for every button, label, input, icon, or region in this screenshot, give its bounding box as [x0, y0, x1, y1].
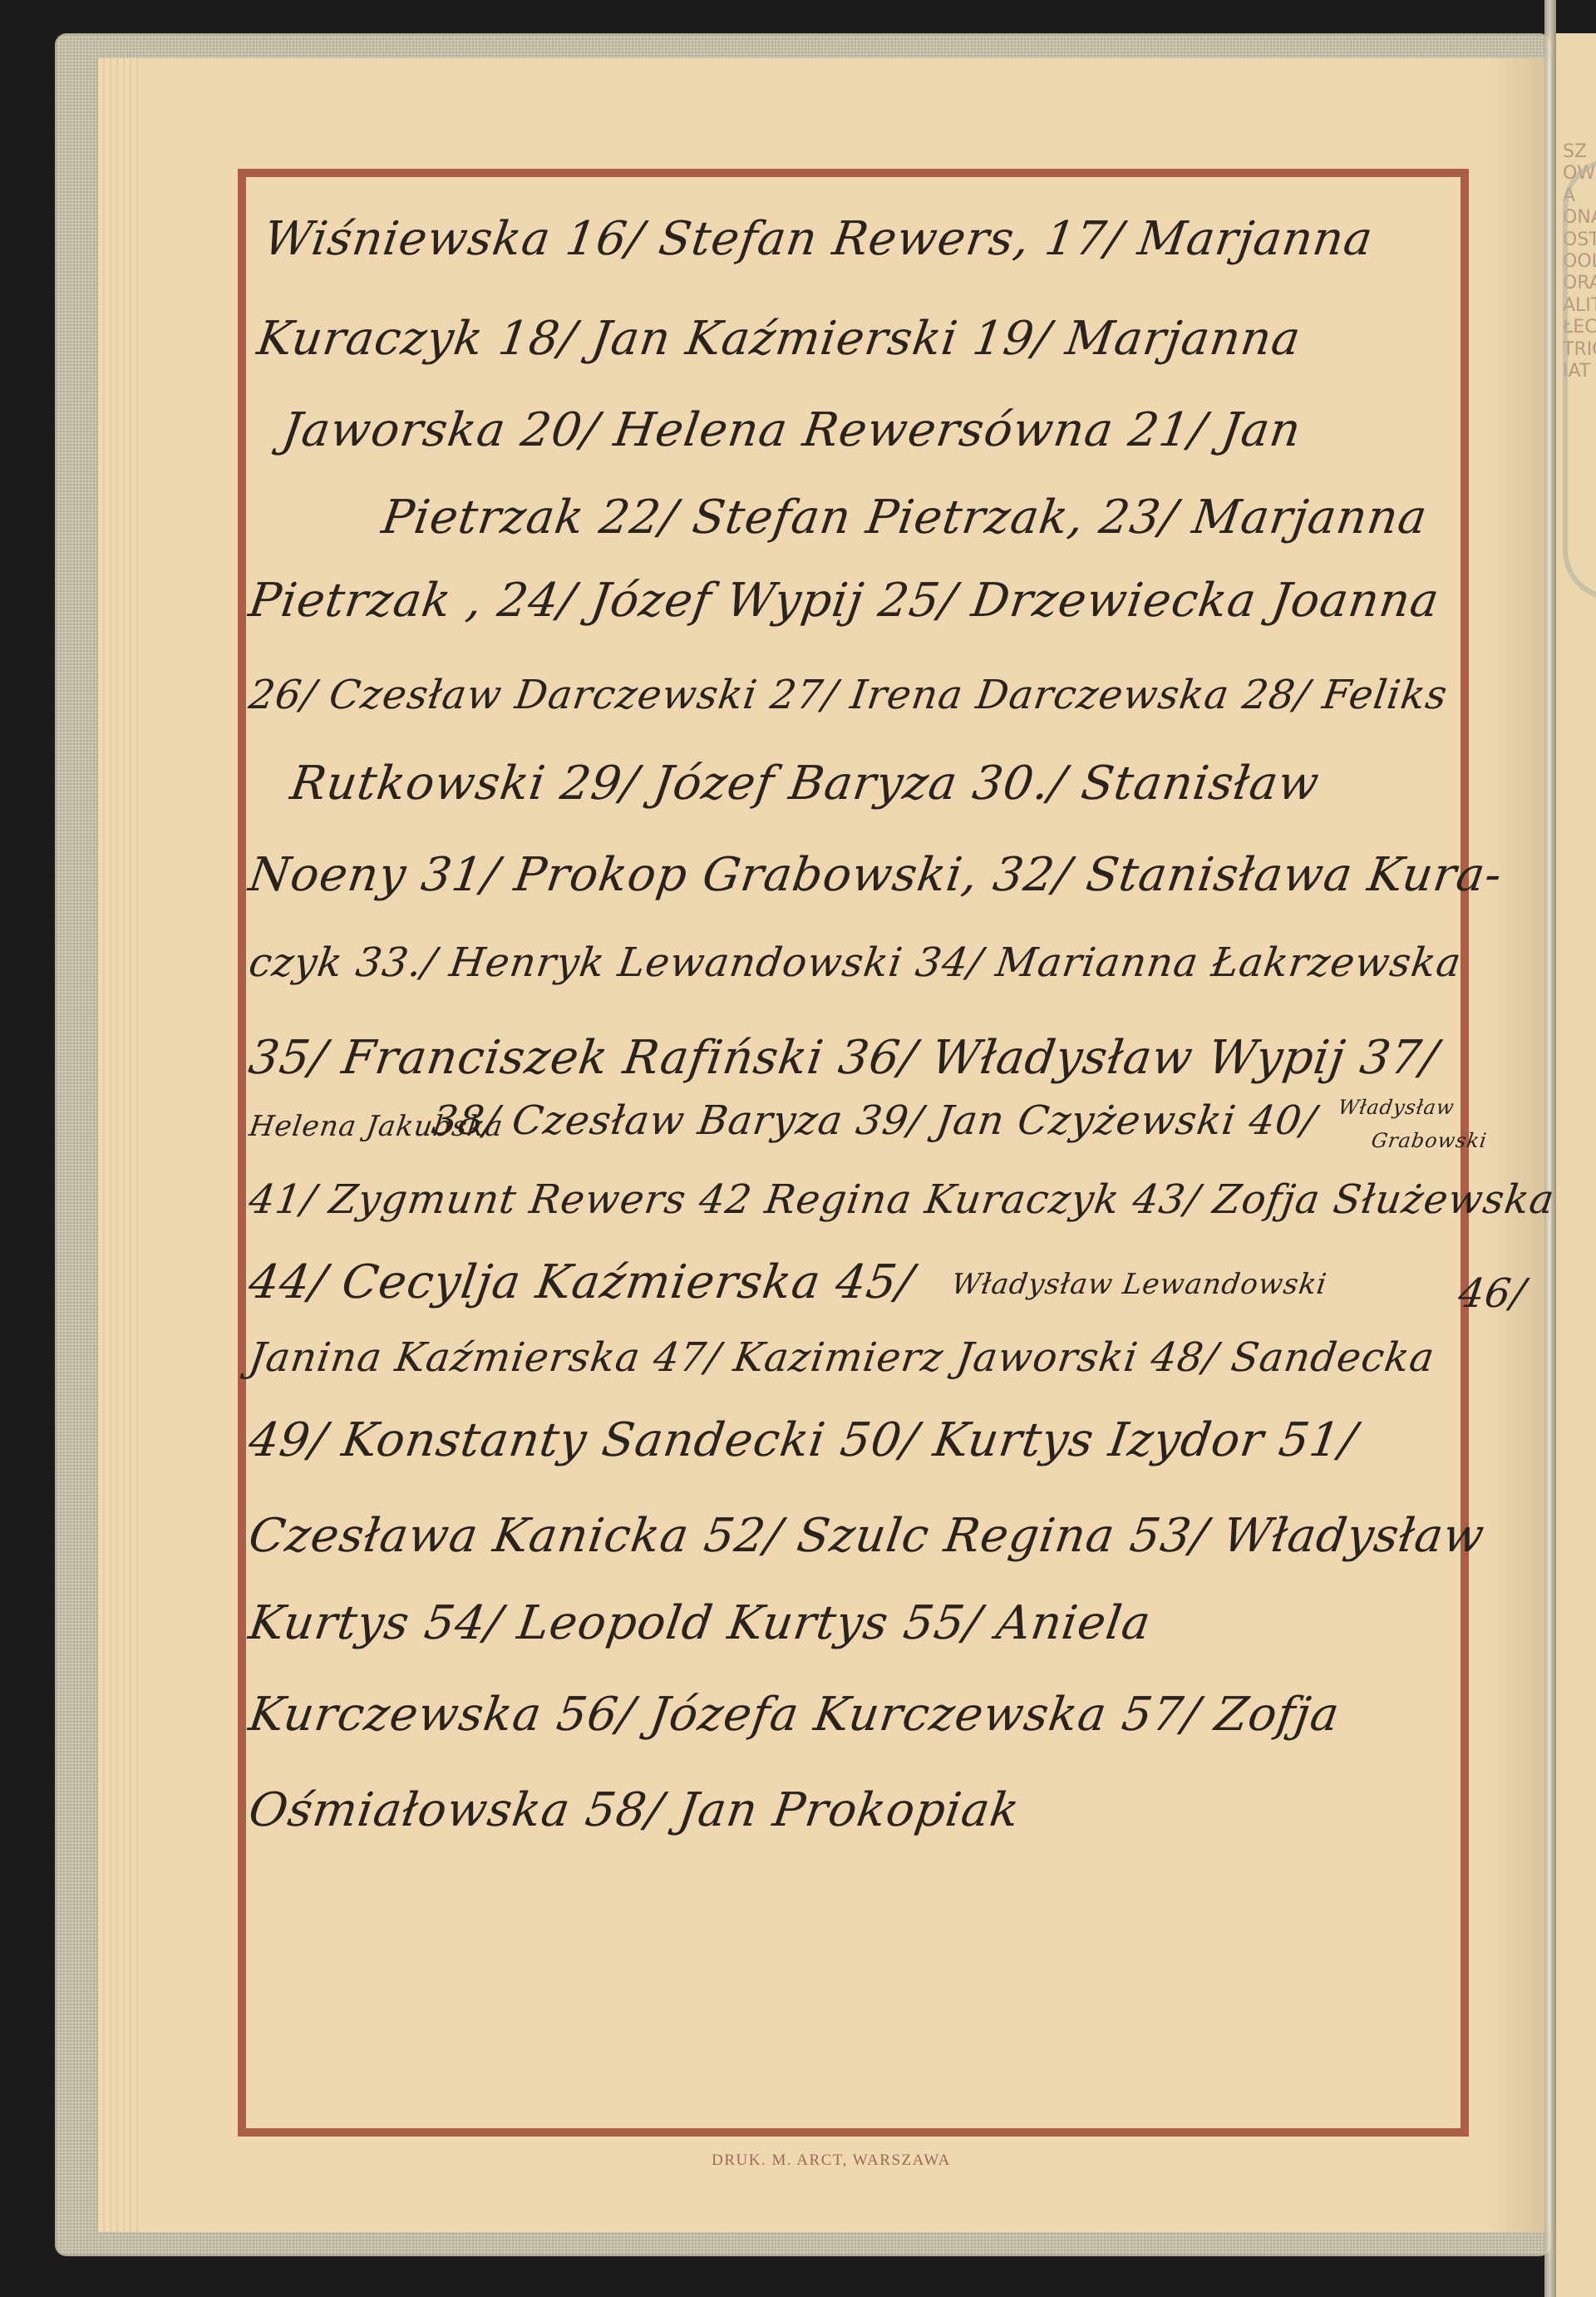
- gutter-shadow: [1488, 58, 1546, 2232]
- printer-imprint: DRUK. M. ARCT, WARSZAWA: [0, 2152, 1596, 2170]
- handwritten-line-7: Rutkowski 29/ Józef Baryza 30./ Stanisła…: [287, 757, 1323, 811]
- handwritten-line-4: Pietrzak 22/ Stefan Pietrzak, 23/ Marjan…: [378, 490, 1431, 545]
- handwritten-line-5: Pietrzak , 24/ Józef Wypij 25/ Drzewieck…: [245, 574, 1442, 628]
- handwritten-line-12: 41/ Zygmunt Rewers 42 Regina Kuraczyk 43…: [246, 1176, 1558, 1223]
- handwritten-line-14: Janina Kaźmierska 47/ Kazimierz Jaworski…: [246, 1334, 1438, 1381]
- handwritten-line-11b: 38/ Czesław Baryza 39/ Jan Czyżewski 40/: [429, 1097, 1319, 1144]
- page-edges: [98, 58, 140, 2232]
- handwritten-line-18: Kurczewska 56/ Józefa Kurczewska 57/ Zof…: [245, 1688, 1342, 1742]
- next-page-stamp: SZ OW A ONA OSTA OOL ORA ALITY ŁECOWOŚ T…: [1563, 141, 1596, 890]
- handwritten-line-17: Kurtys 54/ Leopold Kurtys 55/ Aniela: [245, 1596, 1154, 1650]
- handwritten-line-16: Czesława Kanicka 52/ Szulc Regina 53/ Wł…: [245, 1509, 1488, 1563]
- handwritten-line-13a: 44/ Cecylja Kaźmierska 45/: [245, 1255, 917, 1309]
- handwritten-line-3: Jaworska 20/ Helena Rewersówna 21/ Jan: [278, 403, 1304, 457]
- handwritten-line-2: Kuraczyk 18/ Jan Kaźmierski 19/ Marjanna: [254, 312, 1304, 366]
- handwritten-line-13b: Władysław Lewandowski: [949, 1268, 1329, 1301]
- binding-strip: [1544, 0, 1556, 2297]
- handwritten-line-1: Wiśniewska 16/ Stefan Rewers, 17/ Marjan…: [260, 212, 1376, 266]
- handwritten-line-11c: Władysław: [1337, 1096, 1456, 1119]
- handwritten-line-11d: Grabowski: [1370, 1129, 1489, 1152]
- handwritten-line-8: Noeny 31/ Prokop Grabowski, 32/ Stanisła…: [245, 848, 1505, 902]
- handwritten-line-19: Ośmiałowska 58/ Jan Prokopiak: [245, 1783, 1022, 1837]
- handwritten-line-10: 35/ Franciszek Rafiński 36/ Władysław Wy…: [245, 1031, 1441, 1085]
- stamp-arc-icon: [1563, 158, 1596, 600]
- printed-frame-border: [238, 169, 1469, 2137]
- handwritten-line-13c: 46/: [1456, 1270, 1529, 1317]
- handwritten-line-6: 26/ Czesław Darczewski 27/ Irena Darczew…: [246, 672, 1451, 718]
- handwritten-line-15: 49/ Konstanty Sandecki 50/ Kurtys Izydor…: [245, 1413, 1360, 1467]
- handwritten-line-9: czyk 33./ Henryk Lewandowski 34/ Mariann…: [246, 939, 1465, 986]
